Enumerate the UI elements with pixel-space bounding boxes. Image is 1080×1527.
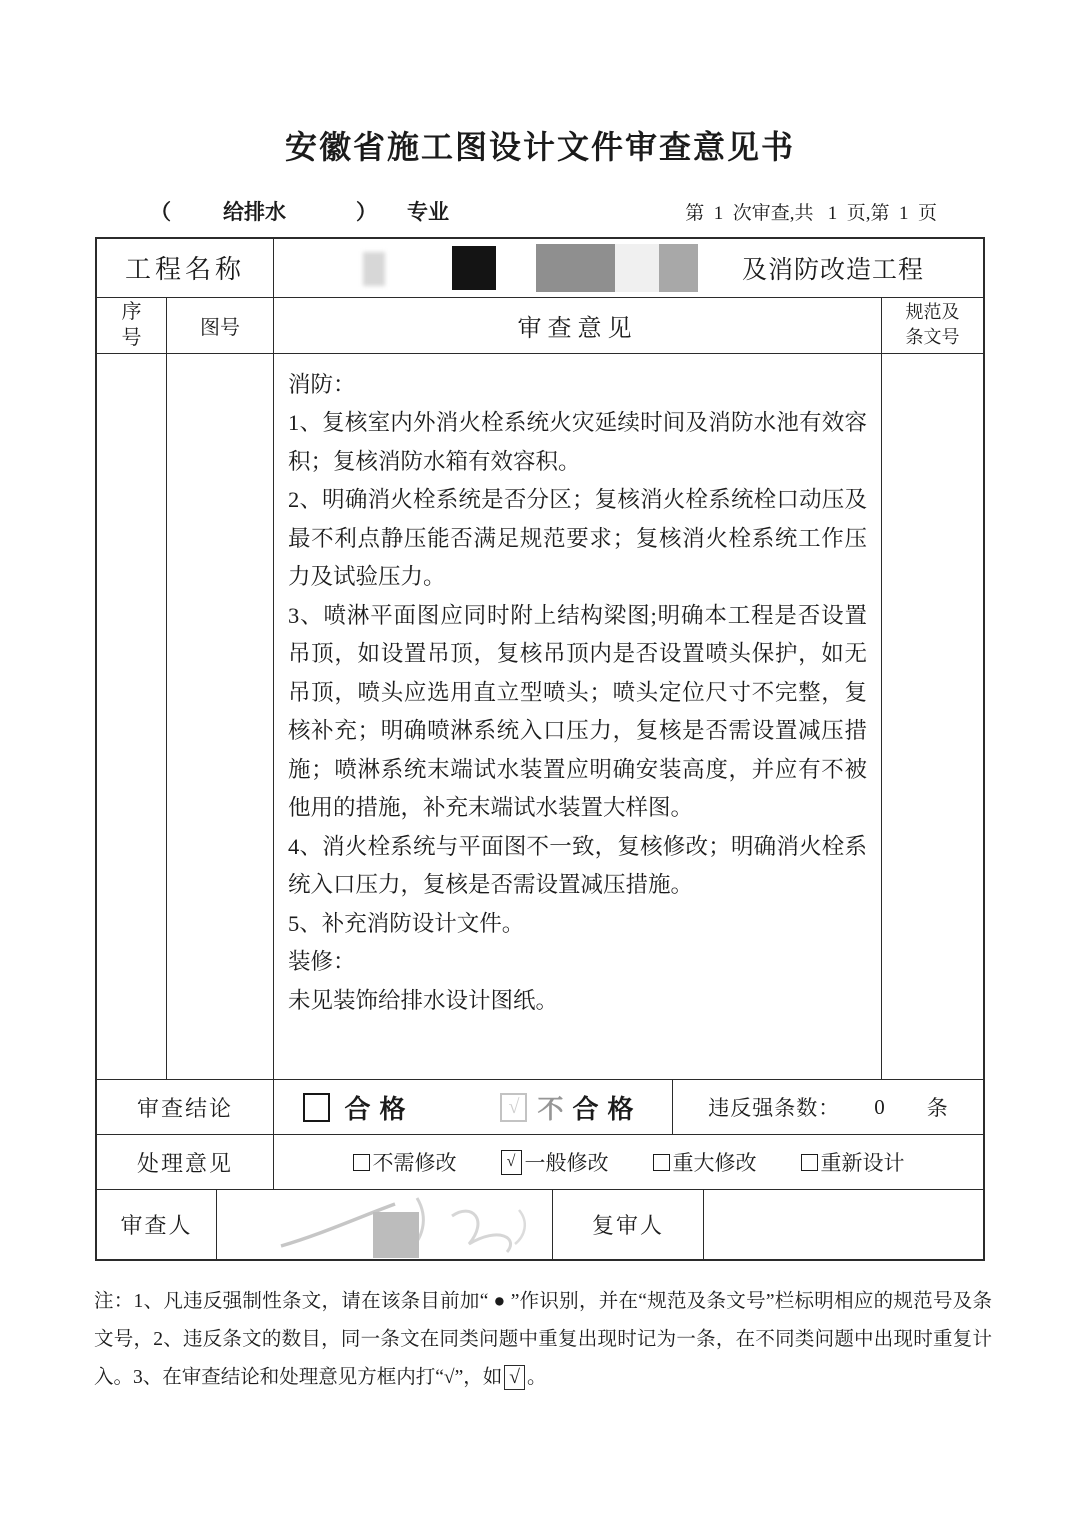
project-name-label: 工程名称 — [97, 239, 274, 297]
footnote-suffix: 。 — [527, 1367, 547, 1388]
opinion-item-3: 3、喷淋平面图应同时附上结构梁图;明确本工程是否设置吊顶，如设置吊顶，复核吊顶内… — [288, 597, 867, 828]
signature-redacted — [267, 1192, 557, 1258]
review-opinion-document: 安徽省施工图设计文件审查意见书 （ 给排水 ） 专业 第 1 次审查,共 1 页… — [0, 0, 1080, 1527]
conclusion-option-pass: 合格 — [303, 1089, 414, 1126]
discipline-line: （ 给排水 ） 专业 — [95, 196, 449, 226]
opinion-text-cell: 消防： 1、复核室内外消火栓系统火灾延续时间及消防水池有效容积；复核消防水箱有效… — [274, 354, 882, 1079]
redaction-block-gray — [536, 244, 615, 292]
paren-open: （ — [150, 196, 171, 226]
checkbox-pass[interactable] — [303, 1093, 330, 1122]
opinion-item-4: 4、消火栓系统与平面图不一致，复核修改；明确消火栓系统入口压力，复核是否需设置减… — [288, 828, 867, 905]
column-header-row: 序号 图号 审查意见 规范及 条文号 — [97, 297, 983, 353]
conclusion-row: 审查结论 合格 √ 不合格 违反强条数： 0 条 — [97, 1079, 983, 1135]
handling-option-major-change: 重大修改 — [653, 1147, 757, 1177]
conclusion-option-fail: √ 不合格 — [500, 1089, 642, 1126]
opinion-body-row: 消防： 1、复核室内外消火栓系统火灾延续时间及消防水池有效容积；复核消防水箱有效… — [97, 353, 983, 1079]
redaction-block-gray-2 — [659, 244, 698, 292]
project-name-value-cell: 及消防改造工程 — [274, 239, 983, 297]
redaction-block-black — [452, 246, 496, 290]
paren-close: ） — [356, 196, 377, 226]
reviewer-label: 审查人 — [97, 1190, 217, 1259]
opinion-section-fire: 消防： — [288, 366, 867, 405]
fail-label: 合格 — [573, 1089, 643, 1126]
re-reviewer-label: 复审人 — [553, 1190, 704, 1259]
opinion-column-header: 审查意见 — [274, 298, 882, 353]
check-mark: √ — [507, 1153, 516, 1171]
opinion-item-1: 1、复核室内外消火栓系统火灾延续时间及消防水池有效容积；复核消防水箱有效容积。 — [288, 404, 867, 481]
re-reviewer-signature-cell — [704, 1190, 983, 1259]
signature-redaction-block — [373, 1212, 419, 1258]
violations-cell: 违反强条数： 0 条 — [673, 1080, 983, 1135]
checkbox-major-change[interactable] — [653, 1154, 670, 1171]
footnotes: 注：1、凡违反强制性条文，请在该条目前加“ ● ”作识别，并在“规范及条文号”栏… — [94, 1283, 992, 1397]
violations-unit: 条 — [927, 1092, 948, 1122]
conclusion-options-cell: 合格 √ 不合格 — [274, 1080, 673, 1135]
redaction-block-light — [615, 244, 659, 292]
opinion-item-2: 2、明确消火栓系统是否分区；复核消火栓系统栓口动压及最不利点静压能否满足规范要求… — [288, 481, 867, 597]
seq-column-header: 序号 — [97, 298, 167, 353]
opinion-decoration-note: 未见装饰给排水设计图纸。 — [288, 982, 867, 1021]
checkbox-no-change[interactable] — [353, 1154, 370, 1171]
violations-count: 0 — [874, 1095, 885, 1120]
signoff-row: 审查人 复审人 — [97, 1189, 983, 1259]
pass-label: 合格 — [344, 1089, 414, 1126]
project-name-row: 工程名称 及消防改造工程 — [97, 239, 983, 297]
discipline-suffix: 专业 — [407, 196, 449, 226]
page-title: 安徽省施工图设计文件审查意见书 — [0, 122, 1080, 168]
review-form-table: 工程名称 及消防改造工程 序号 图号 审查意见 规 — [95, 237, 985, 1261]
handling-row: 处理意见 不需修改 √ 一般修改 重大修改 重新设计 — [97, 1134, 983, 1189]
faint-check-mark: √ — [508, 1096, 519, 1119]
seq-cell-empty — [97, 354, 167, 1079]
handling-option-general-change: √ 一般修改 — [501, 1147, 609, 1177]
violations-label: 违反强条数： — [708, 1092, 840, 1122]
boxed-check-example: √ — [504, 1365, 525, 1390]
handling-option-redesign: 重新设计 — [801, 1147, 905, 1177]
review-pagination-info: 第 1 次审查,共 1 页,第 1 页 — [685, 198, 937, 225]
fail-label-faded-part: 不 — [537, 1089, 572, 1126]
opinion-item-5: 5、补充消防设计文件。 — [288, 905, 867, 944]
handling-option-no-change: 不需修改 — [353, 1147, 457, 1177]
checkbox-fail[interactable]: √ — [500, 1093, 527, 1122]
opinion-section-decoration: 装修： — [288, 943, 867, 982]
drawing-no-cell-empty — [167, 354, 274, 1079]
redaction-ghost-char — [363, 252, 385, 286]
reviewer-signature-cell — [217, 1190, 553, 1259]
discipline-name: 给排水 — [223, 196, 286, 226]
code-column-header: 规范及 条文号 — [882, 298, 983, 353]
subtitle-row: （ 给排水 ） 专业 第 1 次审查,共 1 页,第 1 页 — [95, 196, 985, 226]
code-cell-empty — [882, 354, 983, 1079]
checkbox-redesign[interactable] — [801, 1154, 818, 1171]
handling-label: 处理意见 — [97, 1135, 274, 1189]
handling-options-cell: 不需修改 √ 一般修改 重大修改 重新设计 — [274, 1135, 983, 1189]
drawing-no-column-header: 图号 — [167, 298, 274, 353]
project-name-visible-text: 及消防改造工程 — [742, 239, 924, 297]
conclusion-label: 审查结论 — [97, 1080, 274, 1135]
checkbox-general-change[interactable]: √ — [501, 1150, 522, 1175]
